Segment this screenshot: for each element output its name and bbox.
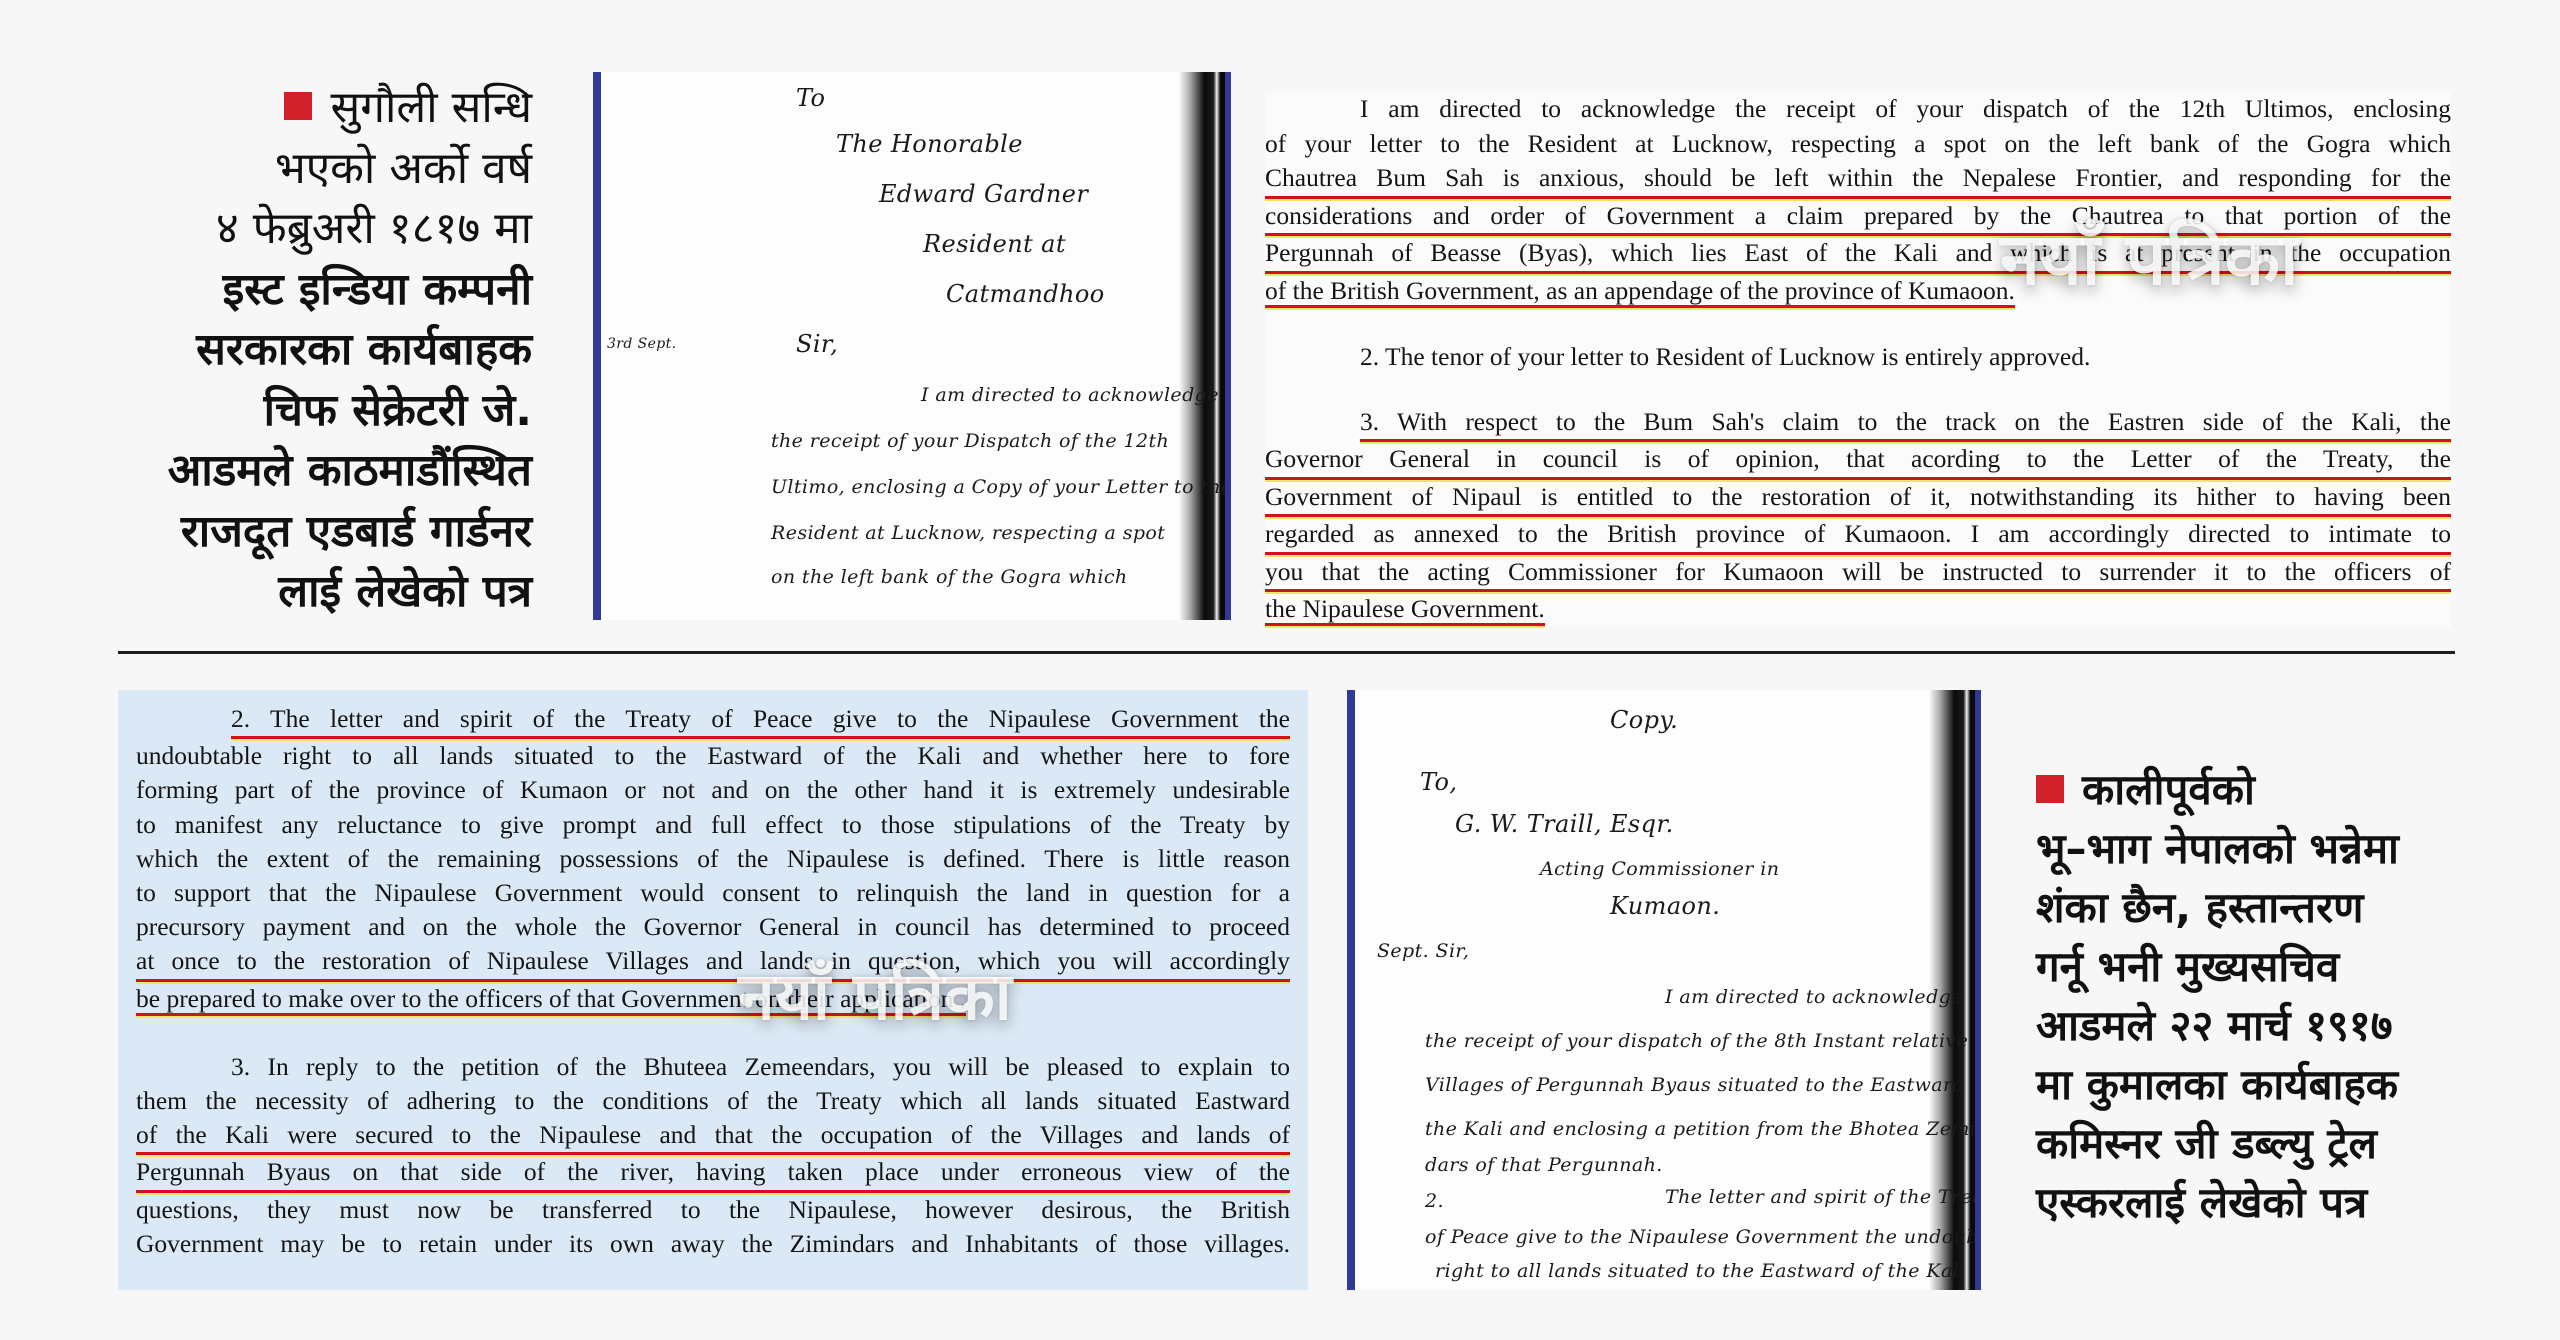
caption-line-3: शंका छैन, हस्तान्तरण bbox=[2036, 878, 2476, 937]
caption-line-1: सुगौली सन्धि bbox=[100, 78, 532, 139]
text-line-underlined: Pergunnah of Beasse (Byas), which lies E… bbox=[1265, 236, 2451, 274]
caption-line-2: भू–भाग नेपालको भन्नेमा bbox=[2036, 819, 2476, 878]
text-line: Government may be to retain under its ow… bbox=[136, 1227, 1290, 1261]
hw-line: Sir, bbox=[796, 330, 838, 358]
hw-line: To bbox=[796, 84, 825, 112]
text-line: forming part of the province of Kumaon o… bbox=[136, 773, 1290, 807]
text-line-underlined: at once to the restoration of Nipaulese … bbox=[136, 944, 1290, 981]
caption-line-2: भएको अर्को वर्ष bbox=[100, 139, 532, 200]
hw-line: of Peace give to the Nipaulese Governmen… bbox=[1425, 1226, 1981, 1248]
hw-line: Catmandhoo bbox=[946, 280, 1105, 308]
text-line-underlined: Government of Nipaul is entitled to the … bbox=[1265, 480, 2451, 518]
caption-line-8: राजदूत एडबार्ड गार्डनर bbox=[100, 502, 532, 563]
paragraph-3: 3. With respect to the Bum Sah's claim t… bbox=[1265, 405, 2451, 627]
text-line: them the necessity of adhering to the co… bbox=[136, 1084, 1290, 1118]
hw-line: I am directed to acknowledge bbox=[921, 384, 1219, 406]
caption-line-9: लाई लेखेको पत्र bbox=[100, 562, 532, 623]
caption-line-6: चिफ सेक्रेटरी जे. bbox=[100, 381, 532, 442]
caption-line-5: आडमले २२ मार्च १९१७ bbox=[2036, 996, 2476, 1055]
handwritten-letter-gardner: To The Honorable Edward Gardner Resident… bbox=[593, 72, 1231, 620]
text-line-underlined: Chautrea Bum Sah is anxious, should be l… bbox=[1265, 161, 2451, 199]
scan-edge-shadow bbox=[1179, 72, 1225, 620]
text-line: undoubtable right to all lands situated … bbox=[136, 739, 1290, 773]
hw-margin-note: 3rd Sept. bbox=[607, 336, 677, 352]
hw-line: I am directed to acknowledge bbox=[1665, 986, 1963, 1008]
text-line-underlined: 2. The letter and spirit of the Treaty o… bbox=[231, 702, 1290, 739]
handwritten-letter-traill: Copy. To, G. W. Traill, Esqr. Acting Com… bbox=[1347, 690, 1981, 1290]
caption-line-7: आडमले काठमाडौंस्थित bbox=[100, 441, 532, 502]
paragraph-1: I am directed to acknowledge the receipt… bbox=[1265, 92, 2451, 308]
text-line: of your letter to the Resident at Luckno… bbox=[1265, 127, 2451, 162]
hw-line: Copy. bbox=[1610, 706, 1678, 734]
hw-line: Resident at Lucknow, respecting a spot bbox=[771, 522, 1165, 544]
text-line: questions, they must now be transferred … bbox=[136, 1193, 1290, 1227]
text-line-underlined: Governor General in council is of opinio… bbox=[1265, 442, 2451, 480]
hw-line: To, bbox=[1420, 768, 1457, 796]
hw-line: Acting Commissioner in bbox=[1540, 858, 1779, 880]
hw-line: the Kali and enclosing a petition from t… bbox=[1425, 1118, 1981, 1140]
typed-transcript-top: I am directed to acknowledge the receipt… bbox=[1265, 92, 2451, 627]
caption-line-3: ४ फेब्रुअरी १८१७ मा bbox=[100, 199, 532, 260]
hw-line: right to all lands situated to the Eastw… bbox=[1435, 1260, 1966, 1282]
text-line-underlined: of the Kali were secured to the Nipaules… bbox=[136, 1118, 1290, 1155]
text-line: 3. In reply to the petition of the Bhute… bbox=[136, 1050, 1290, 1084]
hw-line: The Honorable bbox=[836, 130, 1023, 158]
hw-line: on the left bank of the Gogra which bbox=[771, 566, 1128, 588]
hw-line: The letter and spirit of the Treaty bbox=[1665, 1186, 1981, 1208]
top-caption: सुगौली सन्धि भएको अर्को वर्ष ४ फेब्रुअरी… bbox=[100, 78, 532, 623]
text-line: the Nipaulese Government. bbox=[1265, 592, 2451, 627]
hw-line: the receipt of your dispatch of the 8th … bbox=[1425, 1030, 1981, 1052]
hw-line: Edward Gardner bbox=[879, 180, 1088, 208]
caption-line-4: गर्नू भनी मुख्यसचिव bbox=[2036, 937, 2476, 996]
text-line-underlined: you that the acting Commissioner for Kum… bbox=[1265, 555, 2451, 593]
text-line: I am directed to acknowledge the receipt… bbox=[1265, 92, 2451, 127]
hw-line: 2. bbox=[1425, 1190, 1444, 1212]
section-divider bbox=[118, 651, 2455, 654]
caption-line-4: इस्ट इन्डिया कम्पनी bbox=[100, 260, 532, 321]
text-line-underlined: 3. With respect to the Bum Sah's claim t… bbox=[1360, 405, 2451, 443]
caption-line-8: एस्करलाई लेखेको पत्र bbox=[2036, 1173, 2476, 1232]
hw-line: Kumaon. bbox=[1610, 892, 1720, 920]
paragraph-3: 3. In reply to the petition of the Bhute… bbox=[136, 1050, 1290, 1261]
hw-line: dars of that Pergunnah. bbox=[1425, 1154, 1663, 1176]
bottom-caption: कालीपूर्वको भू–भाग नेपालको भन्नेमा शंका … bbox=[2036, 760, 2476, 1232]
hw-line: Sept. Sir, bbox=[1377, 940, 1469, 962]
text-line: which the extent of the remaining posses… bbox=[136, 842, 1290, 876]
hw-line: G. W. Traill, Esqr. bbox=[1455, 810, 1674, 838]
typed-transcript-bottom: 2. The letter and spirit of the Treaty o… bbox=[118, 690, 1308, 1290]
text-line: be prepared to make over to the officers… bbox=[136, 982, 1290, 1016]
text-line-underlined: regarded as annexed to the British provi… bbox=[1265, 517, 2451, 555]
text-line-underlined: considerations and order of Government a… bbox=[1265, 199, 2451, 237]
caption-line-6: मा कुमालका कार्यबाहक bbox=[2036, 1055, 2476, 1114]
text-line: to manifest any reluctance to give promp… bbox=[136, 808, 1290, 842]
caption-line-7: कमिस्नर जी डब्ल्यु ट्रेल bbox=[2036, 1114, 2476, 1173]
text-line-underlined: Pergunnah Byaus on that side of the rive… bbox=[136, 1155, 1290, 1192]
hw-line: Resident at bbox=[923, 230, 1066, 258]
hw-line: the receipt of your Dispatch of the 12th bbox=[771, 430, 1169, 452]
red-square-bullet-icon bbox=[284, 92, 312, 120]
caption-line-1: कालीपूर्वको bbox=[2036, 760, 2476, 819]
hw-line: Villages of Pergunnah Byaus situated to … bbox=[1425, 1074, 1965, 1096]
paragraph-2: 2. The letter and spirit of the Treaty o… bbox=[136, 702, 1290, 1016]
text-line: precursory payment and on the whole the … bbox=[136, 910, 1290, 944]
text-line: to support that the Nipaulese Government… bbox=[136, 876, 1290, 910]
text-line: of the British Government, as an appenda… bbox=[1265, 274, 2451, 309]
hw-line: Ultimo, enclosing a Copy of your Letter … bbox=[771, 476, 1231, 498]
paragraph-2: 2. The tenor of your letter to Resident … bbox=[1265, 340, 2451, 375]
red-square-bullet-icon bbox=[2036, 775, 2064, 803]
caption-line-5: सरकारका कार्यबाहक bbox=[100, 320, 532, 381]
